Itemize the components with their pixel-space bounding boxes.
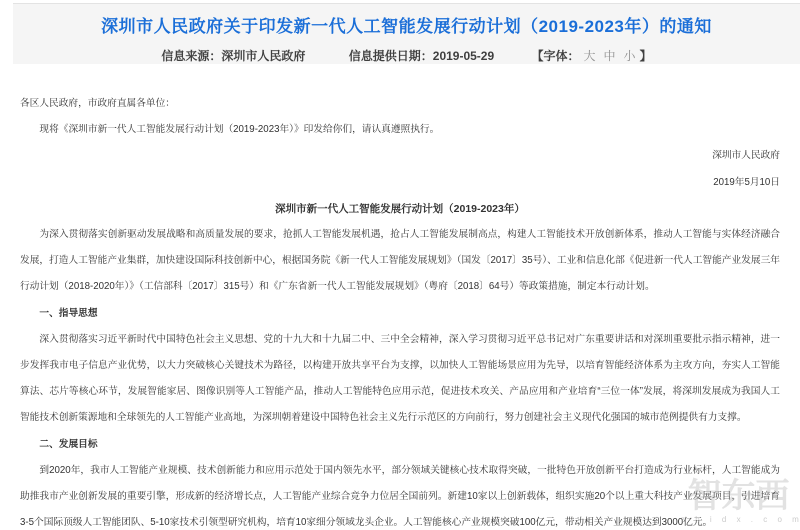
article-header: 深圳市人民政府关于印发新一代人工智能发展行动计划（2019-2023年）的通知 … [13, 3, 800, 64]
article-meta-bar: 信息来源：深圳市人民政府 信息提供日期：2019-05-29 【字体：大中小】 [13, 47, 800, 64]
font-size-label-close: 】 [640, 49, 652, 63]
font-size-medium-button[interactable]: 中 [604, 49, 616, 63]
font-size-small-button[interactable]: 小 [624, 49, 636, 63]
salutation-line: 各区人民政府，市政府直属各单位： [20, 91, 780, 117]
attachment-title: 深圳市新一代人工智能发展行动计划（2019-2023年） [20, 196, 780, 222]
preamble-paragraph: 为深入贯彻落实创新驱动发展战略和高质量发展的要求，抢抓人工智能发展机遇，抢占人工… [20, 222, 780, 301]
section-heading-1: 一、指导思想 [20, 301, 780, 327]
development-goals-paragraph: 到2020年，我市人工智能产业规模、技术创新能力和应用示范处于国内领先水平，部分… [20, 458, 780, 530]
font-size-label-open: 【字体： [532, 49, 580, 63]
page-title: 深圳市人民政府关于印发新一代人工智能发展行动计划（2019-2023年）的通知 [13, 12, 800, 37]
info-source-label: 信息来源：深圳市人民政府 [161, 49, 305, 63]
document-body: 各区人民政府，市政府直属各单位： 现将《深圳市新一代人工智能发展行动计划（201… [0, 64, 800, 530]
info-date-label: 信息提供日期：2019-05-29 [349, 49, 494, 63]
signature-line: 深圳市人民政府 [20, 143, 780, 169]
signature-date-line: 2019年5月10日 [20, 170, 780, 196]
font-size-large-button[interactable]: 大 [584, 49, 596, 63]
guiding-ideology-paragraph: 深入贯彻落实习近平新时代中国特色社会主义思想、党的十九大和十九届二中、三中全会精… [20, 327, 780, 432]
section-heading-2: 二、发展目标 [20, 432, 780, 458]
intro-paragraph: 现将《深圳市新一代人工智能发展行动计划（2019-2023年）》印发给你们，请认… [20, 117, 780, 143]
